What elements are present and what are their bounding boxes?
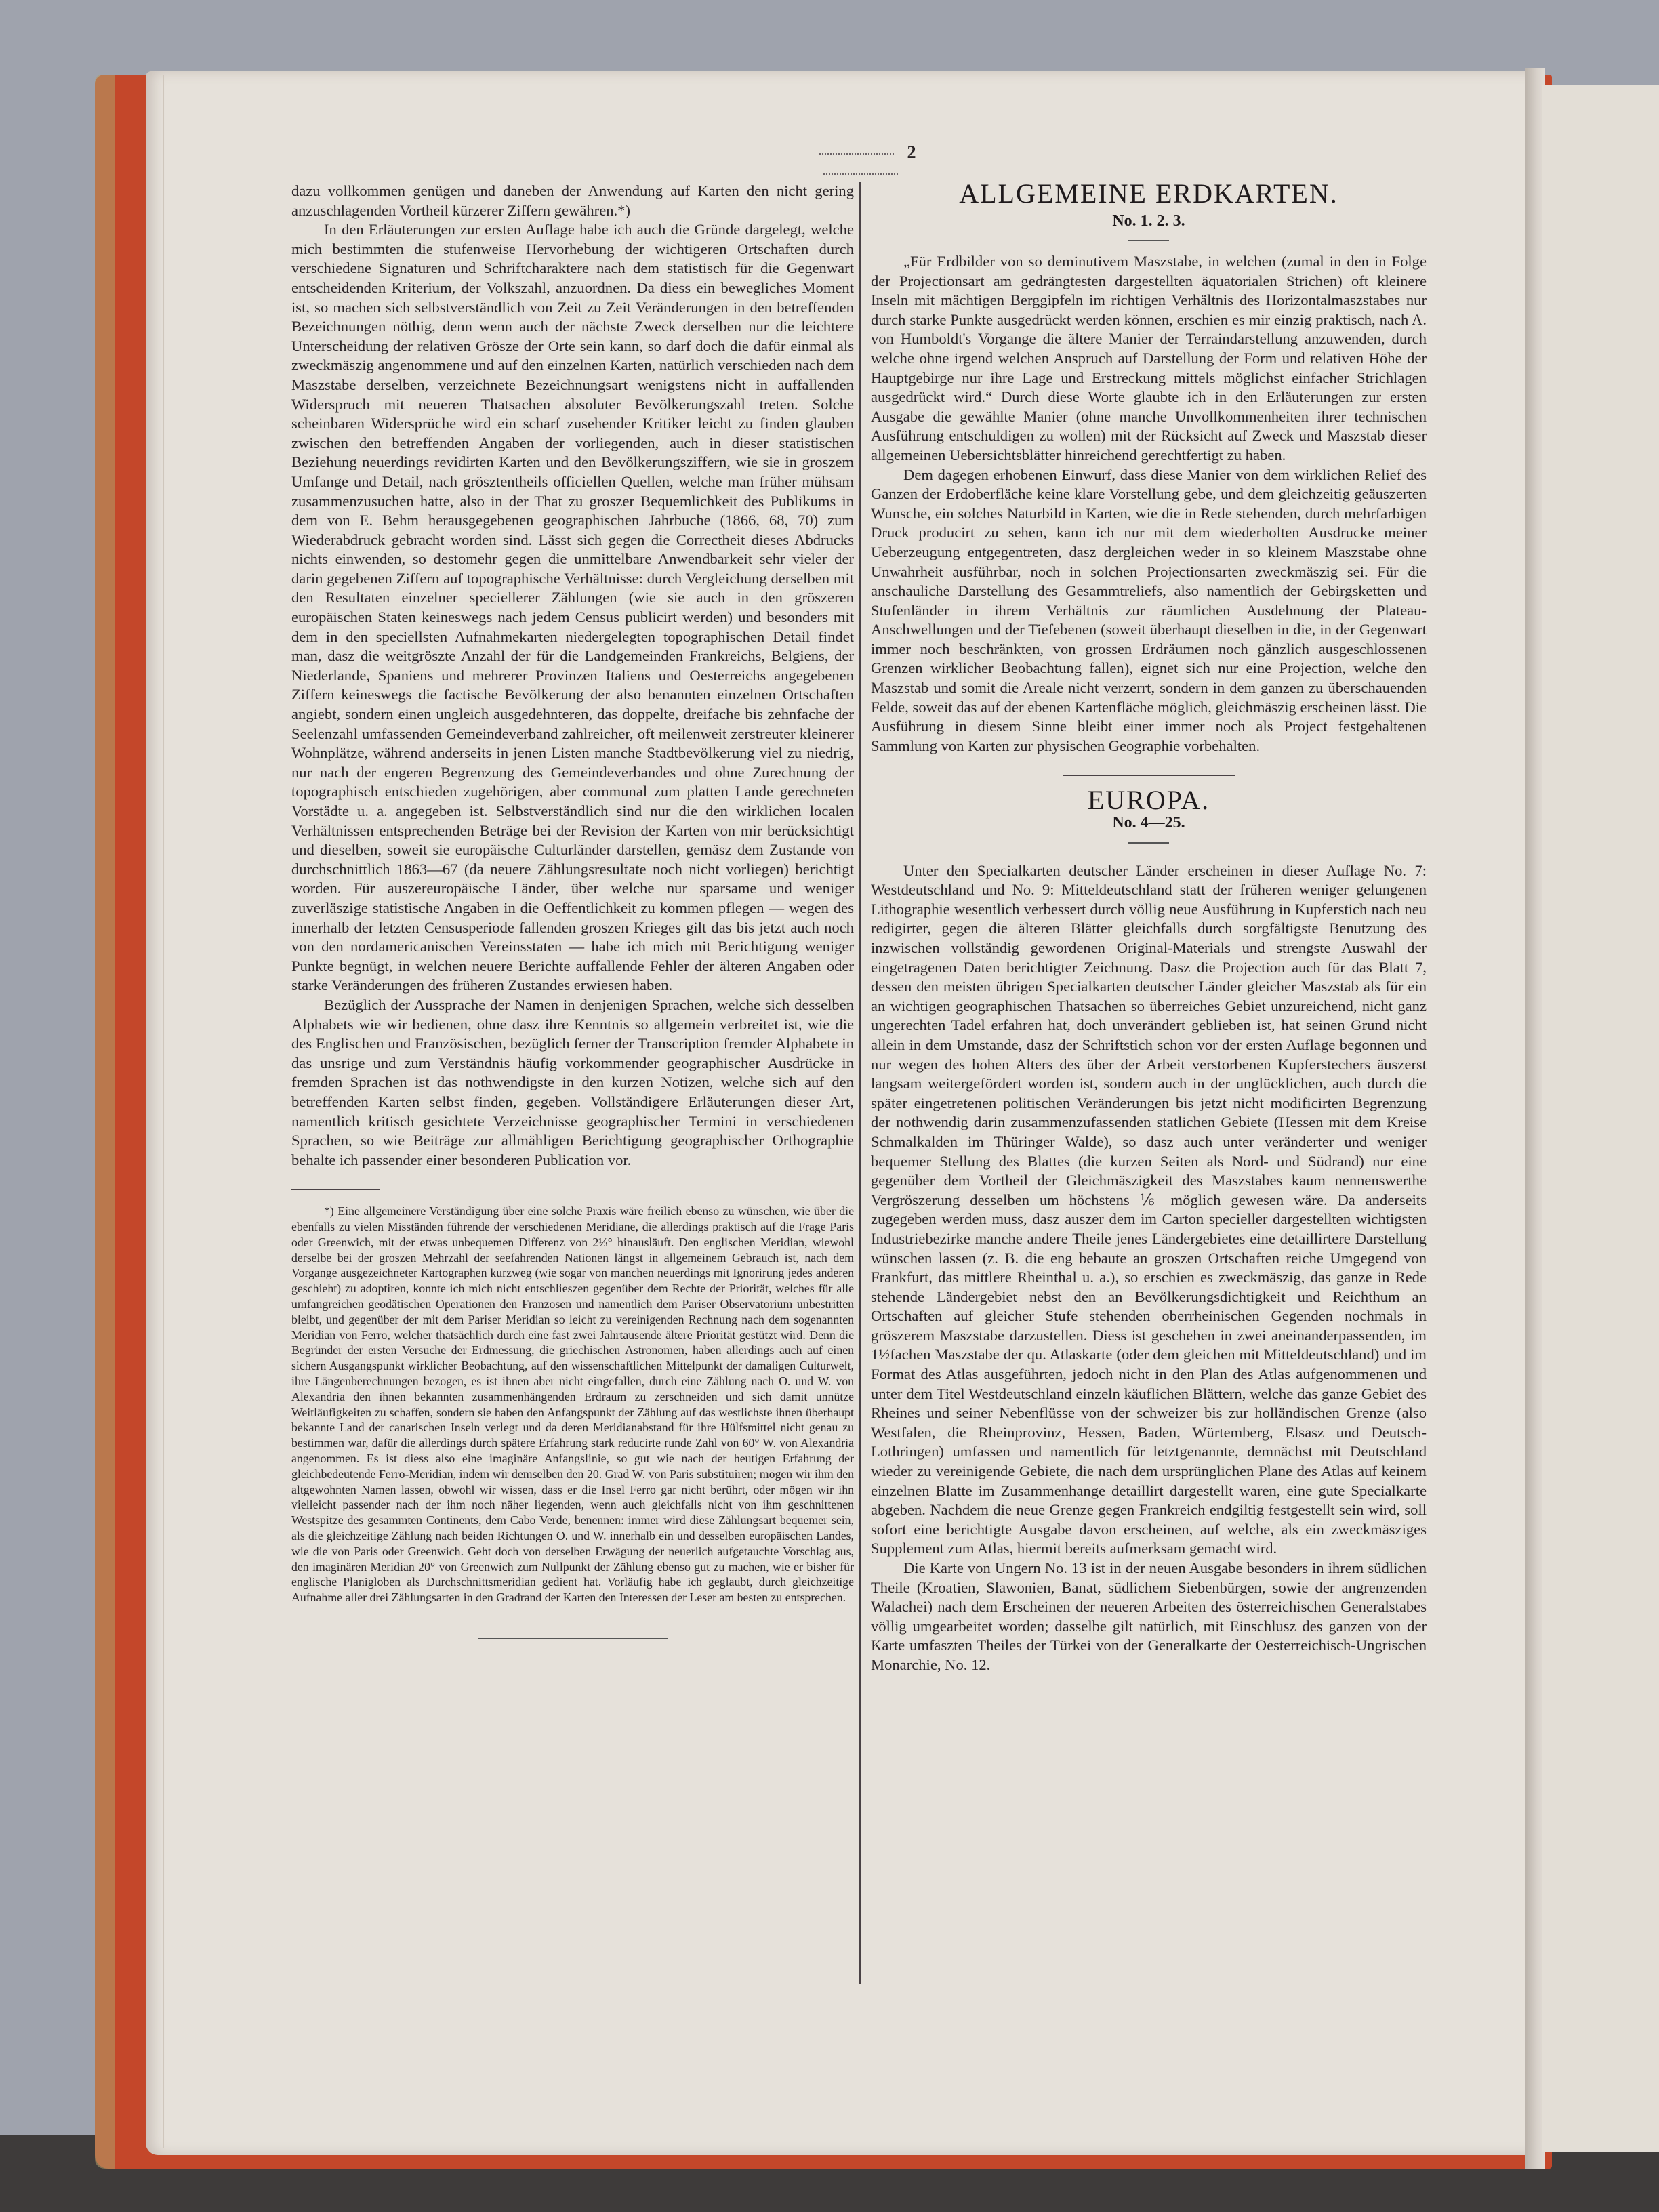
footnote: *) Eine allgemeinere Verständigung über … — [291, 1204, 854, 1605]
section-rule — [1063, 775, 1235, 776]
paragraph: Die Karte von Ungern No. 13 ist in der n… — [871, 1559, 1427, 1675]
page-number: 2 — [759, 142, 962, 183]
end-rule — [478, 1638, 668, 1639]
cover-worn-edge — [95, 75, 115, 2169]
section-title: EUROPA. — [871, 791, 1427, 811]
page-fold-line — [163, 75, 164, 2148]
heading-rule — [1128, 240, 1169, 241]
paragraph: Dem dagegen erhobenen Einwurf, dass dies… — [871, 466, 1427, 756]
section-subtitle: No. 1. 2. 3. — [871, 212, 1427, 230]
section-subtitle: No. 4—25. — [871, 813, 1427, 833]
heading-rule — [1128, 842, 1169, 844]
paragraph: In den Erläuterungen zur ersten Auflage … — [291, 220, 854, 996]
paragraph: Bezüglich der Aussprache der Namen in de… — [291, 996, 854, 1170]
paragraph: Unter den Specialkarten deutscher Länder… — [871, 861, 1427, 1559]
paragraph: dazu vollkommen genügen und daneben der … — [291, 182, 854, 220]
footnote-rule — [291, 1189, 380, 1190]
paragraph: „Für Erdbilder von so deminutivem Maszst… — [871, 252, 1427, 466]
section-title: ALLGEMEINE ERDKARTEN. — [871, 178, 1427, 209]
book-page-right-partial — [1542, 85, 1659, 2152]
left-column: dazu vollkommen genügen und daneben der … — [291, 182, 854, 1639]
section-heading-allgemeine: ALLGEMEINE ERDKARTEN. No. 1. 2. 3. — [871, 178, 1427, 241]
right-column: „Für Erdbilder von so deminutivem Maszst… — [871, 252, 1427, 1675]
column-divider — [859, 182, 861, 1984]
